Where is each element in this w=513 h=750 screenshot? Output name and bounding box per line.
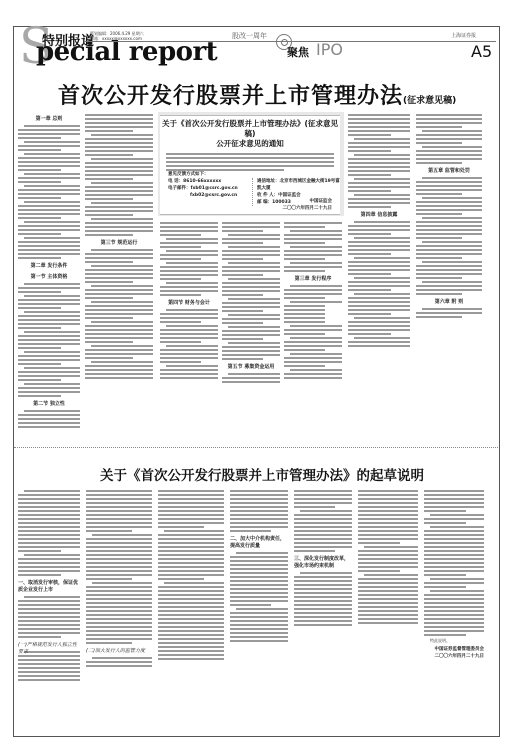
section-heading: 第四节 财务与会计 [160,300,218,307]
chapter-heading: 第二章 发行条件 [18,263,80,270]
explanation-column-7: 特此说明。 中国证券监督管理委员会 二〇〇六年四月二十九日 [424,488,484,733]
explanation-date: 二〇〇六年四月二十九日 [424,653,484,660]
notice-issuer: 中国证监会 [283,198,333,205]
phone-label: 电 话： [168,179,183,184]
notice-title: 关于《首次公开发行股票并上市管理办法》(征求意见稿) [160,119,340,139]
article-column-7: 第五章 监管和处罚 第六章 附 则 [416,112,482,442]
page-bottom-rule [13,736,499,737]
contact-header: 意见反馈方式如下： [168,171,238,178]
address-label: 通信地址： [257,179,280,184]
chapter-heading: 第四章 信息披露 [348,212,410,219]
focus-label: 聚焦 [287,44,309,60]
focus-topic: IPO [316,40,343,59]
headline-subtitle: (征求意见稿) [403,96,456,106]
section-heading: 第五节 募集资金运用 [222,364,280,371]
explanation-column-3 [158,488,224,733]
section-divider [14,447,498,448]
explanation-issuer: 中国证券监督管理委员会 [424,646,484,653]
phone-value: 8610-66xxxxxx [183,179,221,184]
explanation-subheading: (一)严格规范发行人独立性要求 [18,642,80,649]
notice-signature: 中国证监会 二〇〇六年四月二十九日 [283,198,333,212]
explanation-column-1: 一、取消发行审核，保证优质企业发行上市 (一)严格规范发行人独立性要求 [18,488,80,733]
chapter-heading: 第一章 总则 [18,116,80,123]
section-heading: 第一节 主体资格 [18,274,80,281]
chapter-heading: 第三章 发行程序 [284,276,342,283]
postcode-label: 邮 编： [257,200,272,205]
explanation-column-6 [358,488,418,733]
article-column-3: 第四节 财务与会计 [160,220,218,442]
article-column-6: 第四章 信息披露 [348,112,410,442]
section-heading: 第三节 规范运行 [85,240,153,247]
explanation-column-2: (二)加大发行人的监管力度 [86,488,152,733]
email-link[interactable]: fxb01@csrc.gov.cn [191,186,238,191]
article-column-2: 第三节 规范运行 [85,112,153,442]
page-number: A5 [471,42,492,61]
recipient-label: 收 件 人： [257,193,278,198]
headline-title: 首次公开发行股票并上市管理办法 [58,84,403,109]
second-article-headline: 关于《首次公开发行股票并上市管理办法》的起草说明 [100,464,480,484]
chapter-heading: 第五章 监管和处罚 [416,168,482,175]
anniversary-label: 股改一周年 [232,31,267,41]
notice-date: 二〇〇六年四月二十九日 [283,205,333,212]
notice-contact-left: 意见反馈方式如下： 电 话：8610-66xxxxxx 电子邮件：fxb01@c… [168,171,238,199]
explanation-signature: 中国证券监督管理委员会 二〇〇六年四月二十九日 [424,646,484,660]
explanation-section-heading: 一、取消发行审核，保证优质企业发行上市 [18,580,80,594]
closing-remark: 特此说明。 [430,638,472,644]
notice-subtitle: 公开征求意见的通知 [160,139,340,149]
notice-box: 关于《首次公开发行股票并上市管理办法》(征求意见稿) 公开征求意见的通知 意见反… [160,115,340,215]
explanation-column-5: 三、深化发行制度改革，强化市场约束机制 [294,488,352,733]
explanation-section-heading: 二、加大中介机构责任，提高发行质量 [230,536,288,550]
article-column-1: 第一章 总则 第二章 发行条件 第一节 主体资格 第二节 独立性 [18,112,80,442]
email-label: 电子邮件： [168,186,191,191]
chapter-heading: 第六章 附 则 [416,299,482,306]
email-link[interactable]: fxb02@csrc.gov.cn [168,192,238,199]
section-heading: 第二节 独立性 [18,401,80,408]
article-column-4: 第五节 募集资金运用 [222,220,280,442]
paper-name: 上海证券报 [451,32,476,39]
page-headline: 首次公开发行股票并上市管理办法(征求意见稿) [58,79,478,110]
explanation-subheading: (二)加大发行人的监管力度 [86,648,152,655]
explanation-column-4: 二、加大中介机构责任，提高发行质量 [230,488,288,733]
article-column-5: 第三章 发行程序 [284,220,342,442]
explanation-section-heading: 三、深化发行制度改革，强化市场约束机制 [294,556,352,570]
masthead: S 特别报道 策划编辑：2006.4.29 星期六 邮箱：xxxxx@xxxxx… [14,27,499,67]
